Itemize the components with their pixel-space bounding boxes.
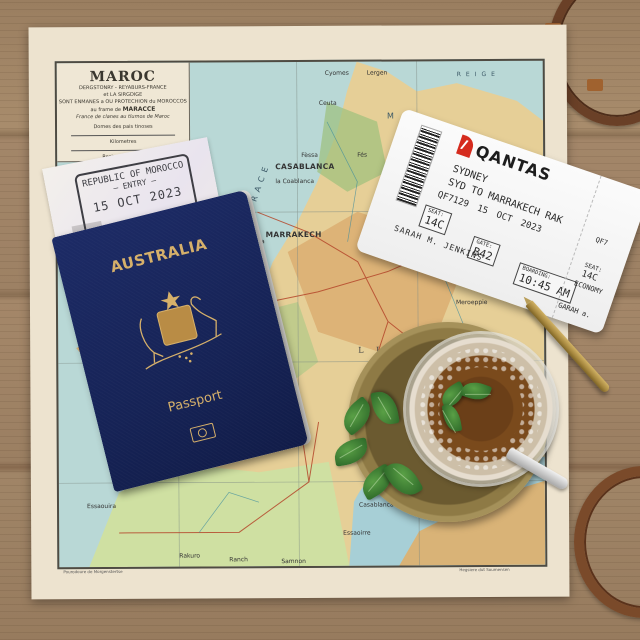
map-place: Meroeppie xyxy=(456,299,488,306)
stub-flight: QF7 xyxy=(594,236,609,248)
strap-keeper xyxy=(587,79,603,91)
biometric-chip-icon xyxy=(189,423,216,443)
map-place: la Coablanca xyxy=(275,178,314,185)
map-place: Samnon xyxy=(281,558,306,565)
map-title: MAROC xyxy=(57,69,189,86)
kangaroo-logo-icon xyxy=(456,135,476,158)
scale-label: Domes des pais tinoses xyxy=(57,124,189,132)
map-place: Fés xyxy=(357,152,367,159)
map-place-casablanca: CASABLANCA xyxy=(275,162,334,171)
coat-of-arms-icon xyxy=(117,270,236,382)
stub-divider xyxy=(552,176,602,318)
barcode xyxy=(396,125,443,208)
map-place-marrakech: MARRAKECH xyxy=(266,230,322,239)
map-place: Cyomes xyxy=(325,70,349,77)
stub-passenger: GARAH a. xyxy=(557,301,591,320)
seat-box: SEAT:14C xyxy=(418,204,452,235)
passport-label: Passport xyxy=(96,370,294,433)
map-footer-left: Pourodoure de Morgenstertse xyxy=(63,569,122,574)
map-footer-right: Hegsiere dut Soumensen xyxy=(459,567,509,572)
map-place: Fèssa xyxy=(301,152,318,159)
passport-country: AUSTRALIA xyxy=(60,223,258,289)
map-place: Essaouira xyxy=(87,503,116,510)
sea-label: REIGE xyxy=(457,71,500,78)
map-place: Essaoirre xyxy=(343,530,370,537)
map-place: Ceuta xyxy=(319,100,337,107)
map-place: Lergen xyxy=(367,70,388,77)
legend-line: France de clanes au tlumos de Maroc xyxy=(57,114,189,122)
map-place: Rakuro xyxy=(179,553,200,560)
tea-foam xyxy=(420,348,542,470)
map-place: Ranch xyxy=(229,556,248,563)
